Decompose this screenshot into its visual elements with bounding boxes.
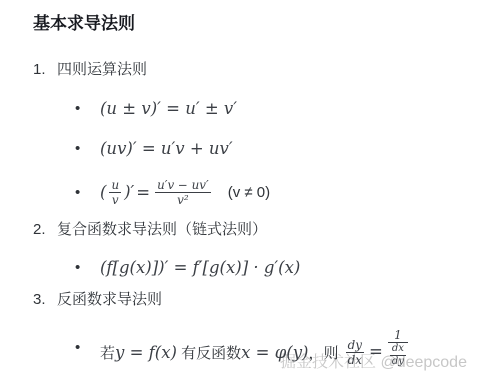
fraction-numerator: dy [346, 338, 364, 352]
formula-inverse-function: •若y = f(x) 有反函数x = φ(y)，则 dydx=1dxdy [75, 328, 468, 368]
fraction-numerator: 1 [388, 328, 408, 342]
bullet-icon: • [75, 339, 100, 356]
list-number: 3. [33, 290, 57, 309]
math-derivative-relation: dydx=1dxdy [343, 342, 411, 361]
list-number: 1. [33, 60, 57, 79]
equals-sign: = [369, 342, 383, 361]
section-arithmetic-rules: 1.四则运算法则 •(u ± v)′ = u′ ± v′ •(uv)′ = u′… [33, 60, 468, 208]
fraction-one-over-dxdy: 1dxdy [388, 328, 408, 368]
section-label: 四则运算法则 [57, 60, 147, 79]
fraction-u-over-v: uv [109, 178, 121, 208]
page-title: 基本求导法则 [33, 14, 468, 34]
math-formula: (f[g(x)])′ = f′[g(x)] · g′(x) [100, 258, 300, 277]
fraction-numerator: u [109, 178, 121, 192]
mixed-text-formula: 若y = f(x) 有反函数x = φ(y)，则 dydx=1dxdy [100, 328, 411, 368]
bullet-icon: • [75, 140, 100, 157]
bullet-icon: • [75, 259, 100, 276]
text-ruo: 若 [100, 344, 115, 361]
fraction-denominator: dx [346, 352, 364, 367]
document: 基本求导法则 1.四则运算法则 •(u ± v)′ = u′ ± v′ •(uv… [0, 0, 478, 368]
section-heading: 3.反函数求导法则 [33, 290, 468, 309]
section-heading: 2.复合函数求导法则（链式法则） [33, 220, 468, 239]
section-chain-rule: 2.复合函数求导法则（链式法则） •(f[g(x)])′ = f′[g(x)] … [33, 220, 468, 278]
bullet-icon: • [75, 184, 100, 201]
fraction-denominator: v [109, 192, 121, 207]
fraction-dx-dy: dxdy [390, 343, 406, 368]
equals-sign: = [136, 183, 150, 202]
math-formula: (uv)′ = u′v + uv′ [100, 139, 233, 158]
fraction-numerator: dx [390, 343, 406, 355]
fraction-denominator: dxdy [388, 342, 408, 368]
section-inverse-function-rule: 3.反函数求导法则 •若y = f(x) 有反函数x = φ(y)，则 dydx… [33, 290, 468, 368]
open-paren: ( [100, 183, 106, 202]
bullet-list: •若y = f(x) 有反函数x = φ(y)，则 dydx=1dxdy [75, 328, 468, 368]
fraction-numerator: u′v − uv′ [155, 178, 211, 192]
formula-quotient-rule: •(uv)′=u′v − uv′v²(v ≠ 0) [75, 178, 468, 208]
bullet-list: •(f[g(x)])′ = f′[g(x)] · g′(x) [75, 258, 468, 278]
section-label: 复合函数求导法则（链式法则） [57, 220, 267, 239]
text-then: ，则 [309, 344, 343, 361]
fraction-quotient-result: u′v − uv′v² [155, 178, 211, 208]
fraction-denominator: dy [390, 355, 406, 368]
list-number: 2. [33, 220, 57, 239]
math-x-equals-phiy: x = φ(y) [241, 342, 308, 361]
math-y-equals-fx: y = f(x) [115, 342, 177, 361]
fraction-denominator: v² [155, 192, 211, 207]
formula-product-rule: •(uv)′ = u′v + uv′ [75, 138, 468, 158]
formula-chain-rule: •(f[g(x)])′ = f′[g(x)] · g′(x) [75, 258, 468, 278]
close-paren-prime: )′ [124, 183, 134, 202]
math-formula: (u ± v)′ = u′ ± v′ [100, 99, 237, 118]
math-formula: (uv)′=u′v − uv′v² [100, 178, 214, 208]
text-has-inverse: 有反函数 [177, 344, 241, 361]
fraction-dy-dx: dydx [346, 338, 364, 368]
bullet-list: •(u ± v)′ = u′ ± v′ •(uv)′ = u′v + uv′ •… [75, 98, 468, 208]
section-heading: 1.四则运算法则 [33, 60, 468, 79]
bullet-icon: • [75, 100, 100, 117]
condition-note: (v ≠ 0) [228, 184, 270, 201]
section-label: 反函数求导法则 [57, 290, 162, 309]
formula-sum-rule: •(u ± v)′ = u′ ± v′ [75, 98, 468, 118]
